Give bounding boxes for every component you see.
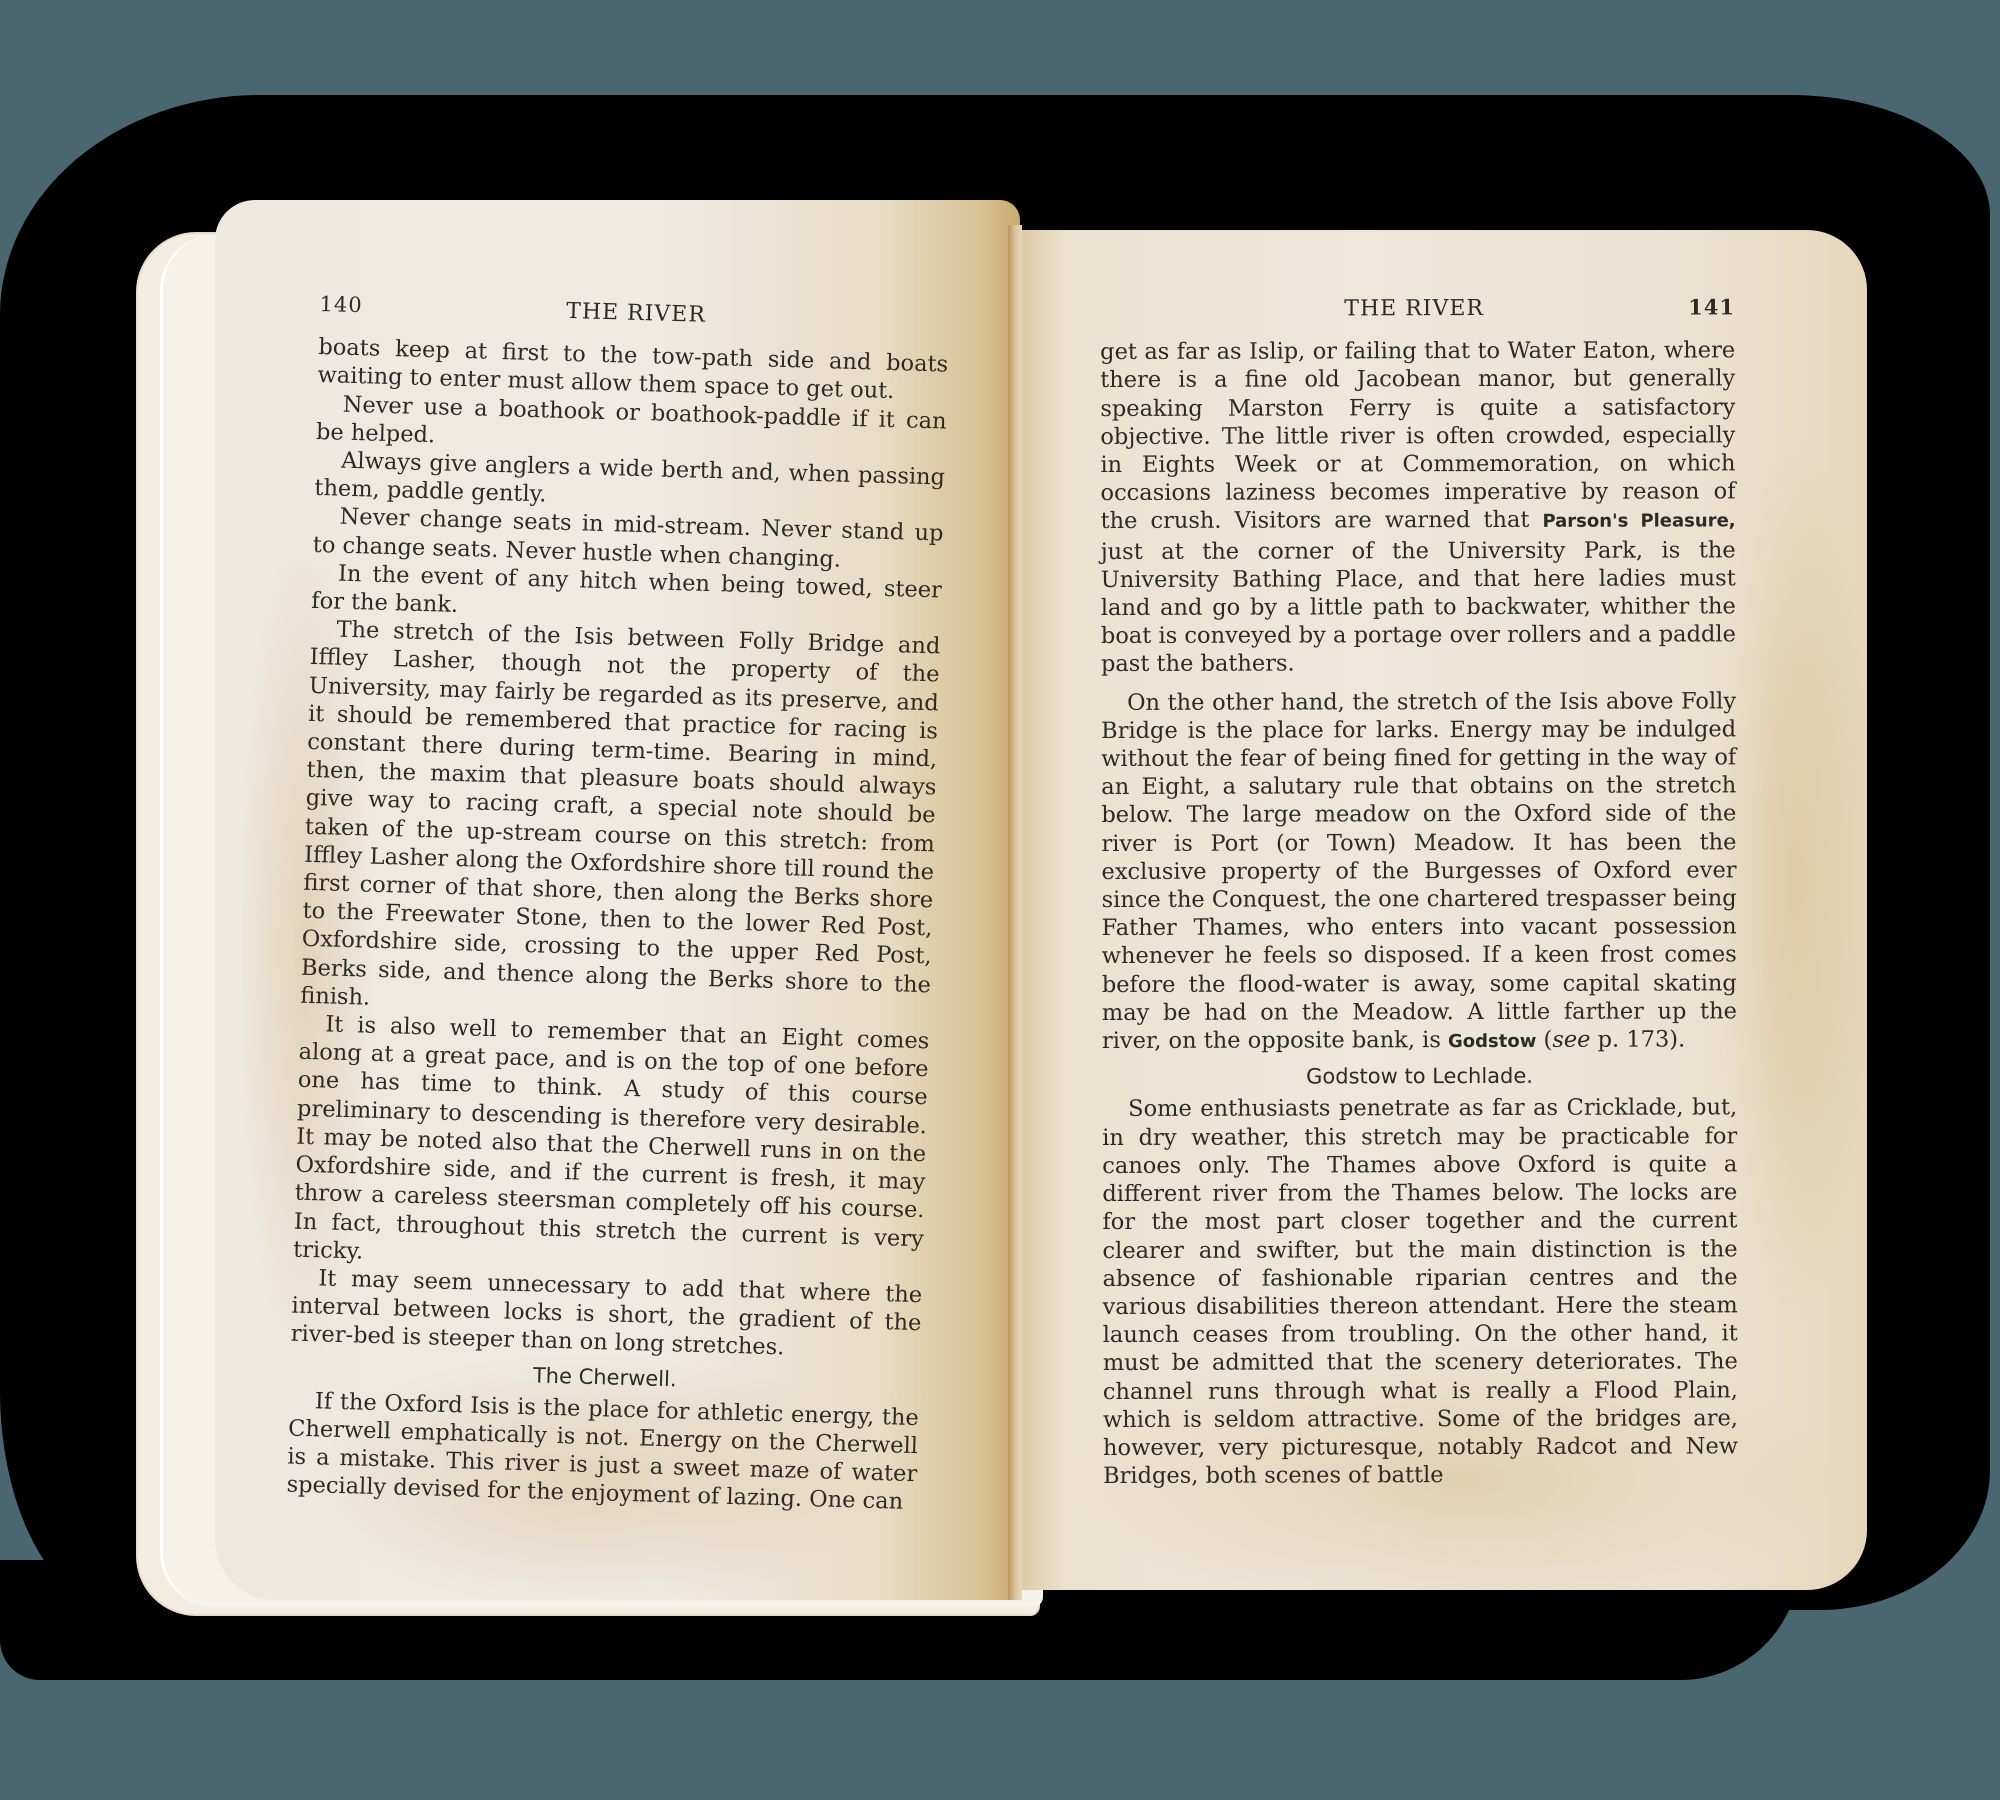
paragraph: It may seem unnecessary to add that wher…: [290, 1264, 922, 1366]
text-run: just at the corner of the University Par…: [1101, 537, 1736, 677]
text-run: get as far as Islip, or failing that to …: [1100, 338, 1735, 535]
right-running-head: THE RIVER 141: [1100, 293, 1735, 324]
page-number: 140: [319, 290, 363, 319]
running-head-title: THE RIVER: [1140, 294, 1688, 324]
paragraph: Some enthusiasts penetrate as far as Cri…: [1102, 1094, 1738, 1491]
foxing-stain: [1715, 430, 1867, 1330]
section-heading: Godstow to Lechlade.: [1102, 1062, 1737, 1092]
book-spine-gutter: [1008, 225, 1022, 1600]
left-page-text: 140 THE RIVER boats keep at first to the…: [286, 290, 950, 1517]
text-run: On the other hand, the stretch of the Is…: [1101, 688, 1737, 1054]
place-name-parsons-pleasure: Parson's Pleasure,: [1542, 511, 1735, 533]
paragraph: The stretch of the Isis between Folly Br…: [300, 615, 941, 1027]
paragraph: It is also well to remember that an Eigh…: [293, 1010, 930, 1281]
paragraph: get as far as Islip, or failing that to …: [1100, 337, 1736, 679]
paragraph: On the other hand, the stretch of the Is…: [1101, 687, 1737, 1057]
page-number: 141: [1688, 293, 1735, 321]
paragraph: If the Oxford Isis is the place for athl…: [286, 1386, 919, 1516]
cross-reference-see: see: [1552, 1027, 1590, 1053]
place-name-godstow: Godstow: [1448, 1031, 1536, 1052]
right-page-text: THE RIVER 141 get as far as Islip, or fa…: [1100, 293, 1738, 1490]
text-run: p. 173).: [1590, 1027, 1685, 1053]
text-run: (: [1536, 1027, 1552, 1053]
